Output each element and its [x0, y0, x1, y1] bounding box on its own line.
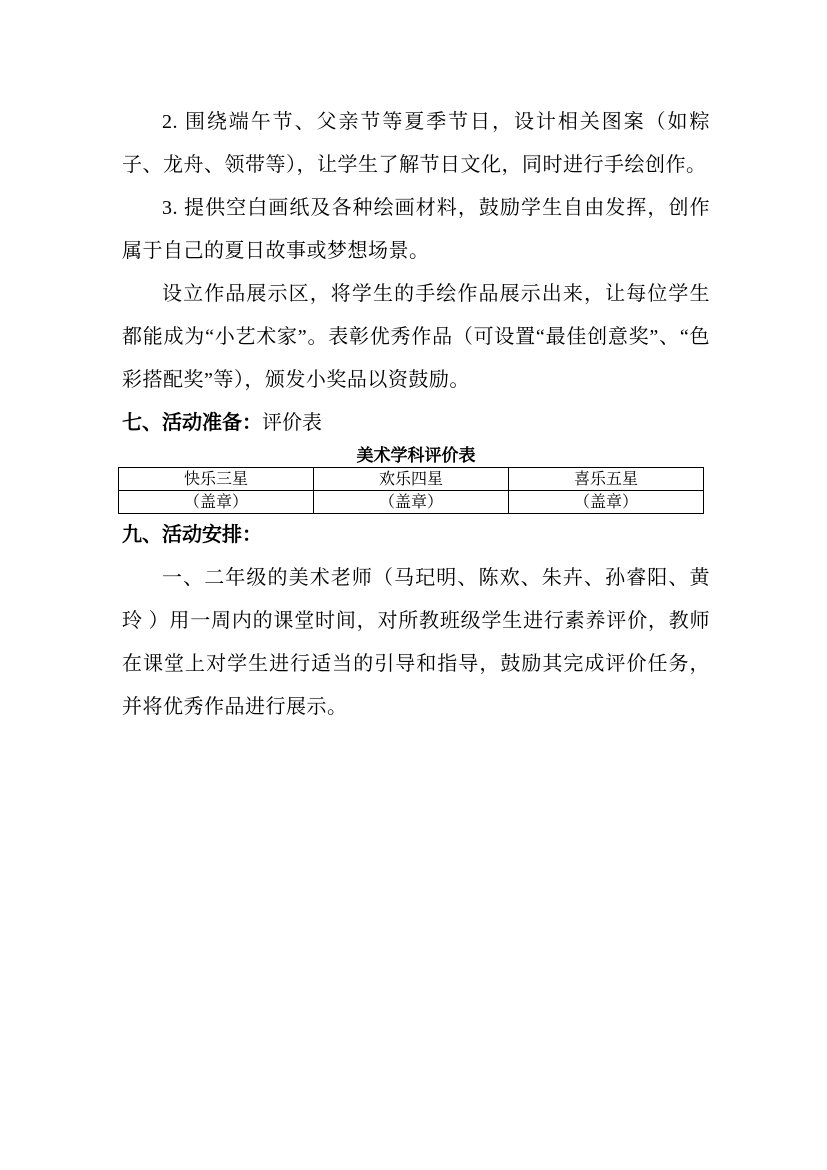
- paragraph-display-area: 设立作品展示区，将学生的手绘作品展示出来，让每位学生都能成为“小艺术家”。表彰优…: [122, 273, 710, 402]
- table-header-cell: 快乐三星: [119, 468, 314, 491]
- paragraph-arrangement: 一、二年级的美术老师（马玘明、陈欢、朱卉、孙睿阳、黄玲 ）用一周内的课堂时间，对…: [122, 557, 710, 729]
- evaluation-table-title: 美术学科评价表: [122, 445, 710, 467]
- evaluation-table-header-row: 快乐三星 欢乐四星 喜乐五星: [119, 468, 704, 491]
- table-header-cell: 喜乐五星: [509, 468, 704, 491]
- paragraph-item-3: 3. 提供空白画纸及各种绘画材料，鼓励学生自由发挥，创作属于自己的夏日故事或梦想…: [122, 187, 710, 273]
- document-page: 2. 围绕端午节、父亲节等夏季节日，设计相关图案（如粽子、龙舟、领带等），让学生…: [0, 0, 827, 1170]
- evaluation-table-stamp-row: （盖章） （盖章） （盖章）: [119, 491, 704, 514]
- section-heading-arrange: 九、活动安排：: [122, 514, 710, 557]
- table-cell-stamp: （盖章）: [119, 491, 314, 514]
- section-heading-prepare: 七、活动准备：评价表: [122, 402, 710, 445]
- section-heading-prepare-label: 七、活动准备：: [122, 412, 262, 434]
- table-cell-stamp: （盖章）: [509, 491, 704, 514]
- section-heading-prepare-suffix: 评价表: [262, 412, 322, 434]
- paragraph-item-2: 2. 围绕端午节、父亲节等夏季节日，设计相关图案（如粽子、龙舟、领带等），让学生…: [122, 101, 710, 187]
- evaluation-table: 快乐三星 欢乐四星 喜乐五星 （盖章） （盖章） （盖章）: [118, 467, 704, 514]
- table-header-cell: 欢乐四星: [314, 468, 509, 491]
- section-heading-arrange-label: 九、活动安排：: [122, 524, 262, 546]
- table-cell-stamp: （盖章）: [314, 491, 509, 514]
